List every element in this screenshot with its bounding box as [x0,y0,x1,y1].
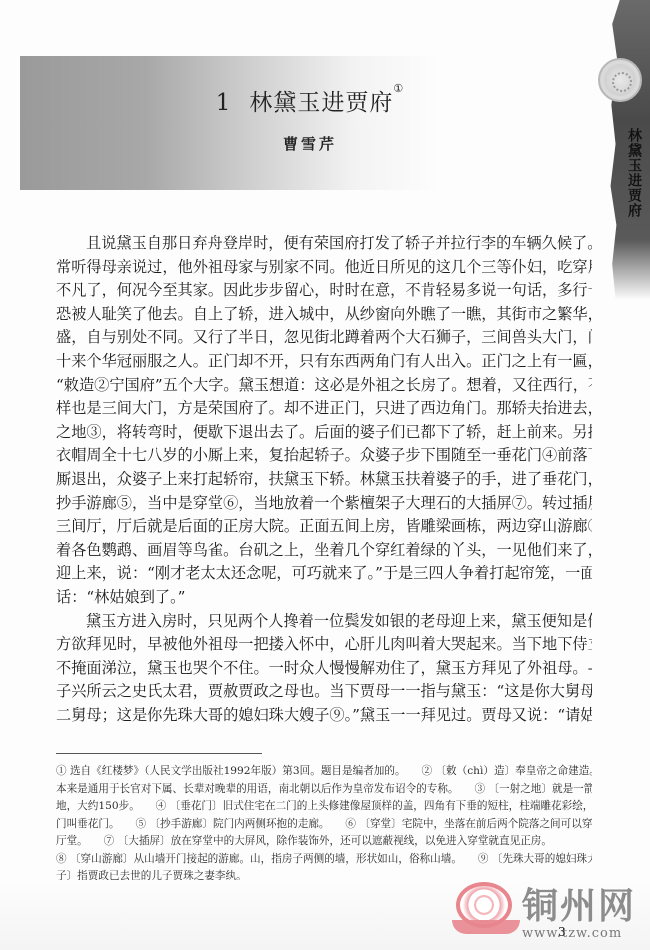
chapter-title: 1林黛玉进贾府① [0,84,620,117]
footnote-line: 厅堂。 ⑦ 〔大插屏〕放在穿堂中的大屏风，除作装饰外，还可以遮蔽视线，以免进入穿… [56,833,592,851]
watermark-url: www.tzw.com [522,926,622,941]
author-name: 曹雪芹 [0,133,620,154]
body-line: 方欲拜见时，早被他外祖母一把搂入怀中，心肝儿肉叫着大哭起来。当下地下侍立之人，无 [56,633,592,657]
body-line: 十来个华冠丽服之人。正门却不开，只有东西两角门有人出入。正门之上有一匾，匾上大书 [56,350,592,374]
watermark: 铜州网 www.tzw.com [452,880,650,946]
body-text: 且说黛玉自那日弃舟登岸时，便有荣国府打发了轿子并拉行李的车辆久候了。这林黛玉 常… [56,232,592,727]
body-line: 话：“林姑娘到了。” [56,586,592,610]
body-line: 衣帽周全十七八岁的小厮上来，复抬起轿子。众婆子步下围随至一垂花门④前落下。众小 [56,444,592,468]
body-line: 不掩面涕泣，黛玉也哭个不住。一时众人慢慢解劝住了，黛玉方拜见了外祖母。——此即冷 [56,657,592,681]
title-footnote-marker[interactable]: ① [393,82,404,95]
footnote-line: 地，大约150步。 ④ 〔垂花门〕旧式住宅在二门的上头修建像屋顶样的盖，四角有下… [56,798,592,816]
body-line: 迎上来，说：“刚才老太太还念呢，可巧就来了。”于是三四人争着打起帘笼，一面听得人… [56,562,592,586]
footnote-divider [56,753,262,754]
footnote-line: ⑧ 〔穿山游廊〕从山墙开门接起的游廊。山，指房子两侧的墙，形状如山，俗称山墙。 … [56,851,592,869]
footnotes: ① 选自《红楼梦》（人民文学出版社1992年版）第3回。题目是编者加的。 ② 〔… [56,763,592,886]
body-line: 恐被人耻笑了他去。自上了轿，进入城中，从纱窗向外瞧了一瞧，其街市之繁华，人烟之阜 [56,303,592,327]
body-line: 厮退出，众婆子上来打起轿帘，扶黛玉下轿。林黛玉扶着婆子的手，进了垂花门，两边是 [56,468,592,492]
chapter-title-text: 林黛玉进贾府 [249,90,393,116]
body-line: 常听得母亲说过，他外祖母家与别家不同。他近日所见的这几个三等仆妇，吃穿用度，已是 [56,256,592,280]
body-line: 且说黛玉自那日弃舟登岸时，便有荣国府打发了轿子并拉行李的车辆久候了。这林黛玉 [56,232,592,256]
body-line: 着各色鹦鹉、画眉等鸟雀。台矶之上，坐着几个穿红着绿的丫头，一见他们来了，便忙都笑 [56,539,592,563]
body-line: 黛玉方进入房时，只见两个人搀着一位鬓发如银的老母迎上来，黛玉便知是他外祖母。 [56,610,592,634]
body-line: 之地③，将转弯时，便歇下退出去了。后面的婆子们已都下了轿，赶上前来。另换了三四个 [56,421,592,445]
body-line: 样也是三间大门，方是荣国府了。却不进正门，只进了西边角门。那轿夫抬进去，走了一射 [56,397,592,421]
page-number: 3 [558,925,566,939]
textbook-page: 林黛玉进贾府 1林黛玉进贾府① 曹雪芹 且说黛玉自那日弃舟登岸时，便有荣国府打发… [0,0,650,950]
body-line: 盛，自与别处不同。又行了半日，忽见街北蹲着两个大石狮子，三间兽头大门，门前列坐着 [56,326,592,350]
chapter-number: 1 [216,90,232,116]
footnote-line: 本来是通用于长官对下属、长辈对晚辈的用语，南北朝以后作为皇帝发布诏令的专称。 ③… [56,781,592,799]
title-banner [20,56,440,190]
footnote-line: ① 选自《红楼梦》（人民文学出版社1992年版）第3回。题目是编者加的。 ② 〔… [56,763,592,781]
body-line: 三间厅，厅后就是后面的正房大院。正面五间上房，皆雕梁画栋，两边穿山游廊⑧厢房，挂 [56,515,592,539]
watermark-wave-icon [452,920,520,934]
body-line: 子兴所云之史氏太君，贾赦贾政之母也。当下贾母一一指与黛玉：“这是你大舅母；这是你 [56,680,592,704]
footnote-line: 门叫垂花门。 ⑤ 〔抄手游廊〕院门内两侧环抱的走廊。 ⑥ 〔穿堂〕宅院中，坐落在… [56,816,592,834]
body-line: 二舅母；这是你先珠大哥的媳妇珠大嫂子⑨。”黛玉一一拜见过。贾母又说：“请姑娘们来… [56,704,592,728]
body-line: 不凡了，何况今至其家。因此步步留心，时时在意，不肯轻易多说一句话，多行一步路，惟 [56,279,592,303]
body-line: “敕造②宁国府”五个大字。黛玉想道：这必是外祖之长房了。想着，又往西行，不多远，… [56,374,592,398]
watermark-name: 铜州网 [522,878,636,929]
body-line: 抄手游廊⑤，当中是穿堂⑥，当地放着一个紫檀架子大理石的大插屏⑦。转过插屏，小小的 [56,492,592,516]
side-chapter-tab: 林黛玉进贾府 [622,128,644,218]
